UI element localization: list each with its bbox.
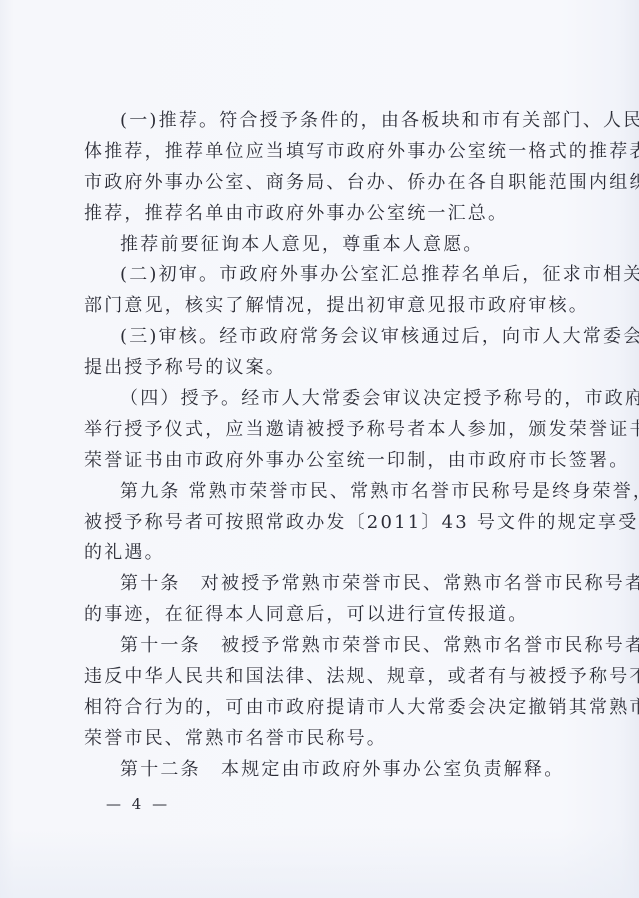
text-line: 相符合行为的，可由市政府提请市人大常委会决定撤销其常熟市 <box>84 693 556 724</box>
text-line: 荣誉证书由市政府外事办公室统一印制，由市政府市长签署。 <box>84 446 556 477</box>
text-line: (二)初审。市政府外事办公室汇总推荐名单后，征求市相关 <box>84 260 556 291</box>
text-line: 提出授予称号的议案。 <box>84 353 556 384</box>
text-line: 第十二条 本规定由市政府外事办公室负责解释。 <box>84 755 556 786</box>
text-line: 违反中华人民共和国法律、法规、规章，或者有与被授予称号不 <box>84 662 556 693</box>
text-line: （四）授予。经市人大常委会审议决定授予称号的，市政府 <box>84 384 556 415</box>
text-line: 被授予称号者可按照常政办发〔2011〕43 号文件的规定享受相应 <box>84 508 556 539</box>
text-line: 市政府外事办公室、商务局、台办、侨办在各自职能范围内组织 <box>84 168 556 199</box>
text-line: 举行授予仪式，应当邀请被授予称号者本人参加，颁发荣誉证书。 <box>84 415 556 446</box>
document-body: (一)推荐。符合授予条件的，由各板块和市有关部门、人民团 体推荐，推荐单位应当填… <box>84 106 556 786</box>
text-line: 体推荐，推荐单位应当填写市政府外事办公室统一格式的推荐表， <box>84 137 556 168</box>
text-line: 部门意见，核实了解情况，提出初审意见报市政府审核。 <box>84 291 556 322</box>
text-line: 的事迹，在征得本人同意后，可以进行宣传报道。 <box>84 600 556 631</box>
text-line: (一)推荐。符合授予条件的，由各板块和市有关部门、人民团 <box>84 106 556 137</box>
text-line: 荣誉市民、常熟市名誉市民称号。 <box>84 724 556 755</box>
text-line: 第十条 对被授予常熟市荣誉市民、常熟市名誉市民称号者 <box>84 569 556 600</box>
text-line: 推荐前要征询本人意见，尊重本人意愿。 <box>84 230 556 261</box>
text-line: 的礼遇。 <box>84 538 556 569</box>
text-line: (三)审核。经市政府常务会议审核通过后，向市人大常委会 <box>84 322 556 353</box>
text-line: 推荐，推荐名单由市政府外事办公室统一汇总。 <box>84 199 556 230</box>
page-number: — 4 — <box>106 795 170 813</box>
document-page: (一)推荐。符合授予条件的，由各板块和市有关部门、人民团 体推荐，推荐单位应当填… <box>0 0 639 898</box>
text-line: 第九条 常熟市荣誉市民、常熟市名誉市民称号是终身荣誉， <box>84 477 556 508</box>
text-line: 第十一条 被授予常熟市荣誉市民、常熟市名誉市民称号者， <box>84 631 556 662</box>
